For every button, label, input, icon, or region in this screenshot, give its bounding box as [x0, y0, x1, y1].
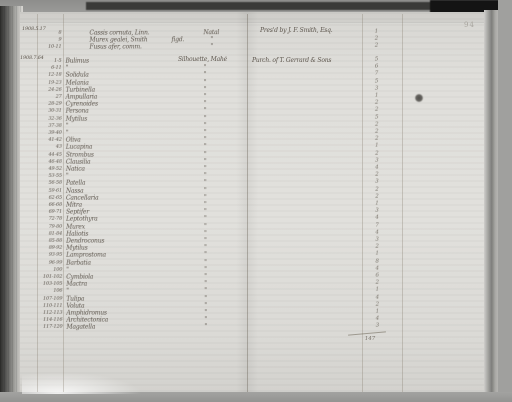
species-name: Cancellaria — [66, 194, 99, 201]
specimen-count: 2 — [362, 107, 392, 113]
specimen-count: 3 — [362, 237, 392, 243]
entry-number-range: 79-80 — [40, 223, 62, 230]
species-name: " — [66, 122, 69, 129]
species-name: Mytilus — [66, 245, 87, 252]
locality-ditto: " — [204, 216, 207, 223]
specimen-count: 1 — [362, 93, 392, 99]
species-name: Septifer — [66, 209, 89, 216]
entry-note: figd. — [171, 36, 184, 43]
specimen-count: 3 — [362, 323, 392, 329]
species-name: Dendroconus — [66, 238, 104, 245]
locality-ditto: " — [204, 237, 207, 244]
species-name: Murex gealei, Smith — [89, 37, 147, 44]
locality-ditto: " — [204, 280, 207, 287]
entry-number-range: 114-116 — [40, 317, 62, 324]
species-name: Murex — [66, 223, 85, 230]
species-name: Strombus — [66, 151, 94, 158]
specimen-count: 3 — [362, 208, 392, 214]
species-name: " — [66, 288, 69, 295]
entry-number-range: 85-88 — [40, 238, 62, 245]
locality-ditto: " — [204, 302, 207, 309]
species-name: Tulipa — [66, 295, 84, 302]
entry-number-range: 41-42 — [40, 137, 62, 144]
entry-number-range: 62-65 — [40, 194, 62, 201]
species-name: Lamprostoma — [66, 252, 106, 259]
locality-ditto: " — [204, 129, 207, 136]
species-name: Architectonica — [66, 317, 108, 324]
species-name: Voluta — [66, 302, 84, 309]
locality-ditto: " — [204, 194, 207, 201]
species-name: Persona — [66, 108, 89, 115]
scanned-register-page: 94 1908.5.17 1908.7.64 Silhouette, Mahé … — [0, 0, 512, 402]
locality-ditto: " — [204, 223, 207, 230]
locality-ditto: " — [204, 93, 207, 100]
entry-number-range: 1-5 — [39, 58, 61, 65]
specimen-count: 2 — [361, 36, 391, 42]
specimen-count: 5 — [362, 114, 392, 120]
specimen-count: 4 — [362, 165, 392, 171]
specimen-count: 3 — [362, 179, 392, 185]
locality-ditto: " — [204, 72, 207, 79]
locality-ditto: " — [204, 122, 207, 129]
specimen-count: 4 — [362, 229, 392, 235]
locality-ditto: " — [204, 230, 207, 237]
species-name: " — [66, 65, 69, 72]
species-name: Barbatia — [66, 259, 91, 266]
locality-ditto: " — [204, 244, 207, 251]
entry-number-range: 24-26 — [40, 86, 62, 93]
locality-ditto: " — [204, 252, 207, 259]
species-name: Ampullaria — [66, 94, 98, 101]
entry-number-range: 12-18 — [40, 72, 62, 79]
species-name: Lucapina — [66, 144, 92, 151]
locality-ditto: " — [204, 187, 207, 194]
entry-number-range: 93-95 — [40, 252, 62, 259]
specimen-count: 5 — [361, 57, 391, 63]
entry-number-range: 59-61 — [40, 187, 62, 194]
locality-ditto: " — [204, 201, 207, 208]
species-name: " — [66, 173, 69, 180]
entry-number-range: 28-29 — [40, 101, 62, 108]
locality-ditto: " — [204, 309, 207, 316]
specimen-count: 4 — [362, 316, 392, 322]
locality-ditto: " — [204, 151, 207, 158]
specimen-count: 7 — [362, 71, 392, 77]
specimen-count: 1 — [362, 251, 392, 257]
locality-ditto: " — [204, 266, 207, 273]
locality-ditto: " — [204, 295, 207, 302]
specimen-count: 3 — [362, 157, 392, 163]
specimen-count: 4 — [362, 215, 392, 221]
entry-number-range: 44-45 — [40, 151, 62, 158]
specimen-count: 1 — [362, 201, 392, 207]
specimen-count: 7 — [362, 222, 392, 228]
entry-number-range: 46-48 — [40, 158, 62, 165]
specimen-count: 6 — [362, 64, 392, 70]
entry-number-range: 19-23 — [40, 79, 62, 86]
locality-ditto: " — [204, 273, 207, 280]
locality-ditto: " — [204, 288, 207, 295]
species-name: Leptothyra — [66, 216, 98, 223]
locality-ditto: " — [204, 324, 207, 331]
species-name: Clausilia — [66, 158, 91, 165]
entry-number: 8 — [39, 30, 61, 37]
entry-number-range: 100 — [40, 266, 62, 273]
species-name: Patella — [66, 180, 85, 187]
species-name: Magatella — [66, 324, 95, 331]
specimen-count: 8 — [362, 258, 392, 264]
locality-ditto: " — [204, 79, 207, 86]
locality-ditto: " — [204, 180, 207, 187]
locality-ditto: " — [204, 316, 207, 323]
specimen-count: 2 — [362, 136, 392, 142]
entry-number: 10-11 — [39, 44, 61, 51]
locality-ditto: " — [204, 136, 207, 143]
specimen-count: 3 — [362, 85, 392, 91]
species-name: Bulimus — [65, 58, 88, 65]
species-name: Mactra — [66, 281, 87, 288]
entry-number-range: 72-78 — [40, 216, 62, 223]
specimen-count: 1 — [361, 29, 391, 35]
specimen-count: 2 — [362, 100, 392, 106]
species-name: Amphidromus — [66, 310, 106, 317]
specimen-count: 2 — [362, 280, 392, 286]
entry-number-range: 110-111 — [40, 302, 62, 309]
entry-number-range: 69-71 — [40, 209, 62, 216]
locality-ditto: " — [210, 44, 213, 51]
species-name: Fusus afer, comm. — [89, 44, 141, 51]
species-name: Cassis cornuta, Linn. — [89, 29, 149, 36]
entry-number-range: 32-36 — [40, 115, 62, 122]
locality-ditto: " — [204, 64, 207, 71]
entry-number-range: 53-55 — [40, 173, 62, 180]
entry-number-range: 106 — [40, 288, 62, 295]
entry-number-range: 101-102 — [40, 274, 62, 281]
specimen-count: 2 — [362, 301, 392, 307]
species-name: Turbinella — [66, 86, 95, 93]
species-name: Haliotis — [66, 230, 88, 237]
species-name: Nassa — [66, 187, 84, 194]
specimen-count: 6 — [362, 273, 392, 279]
entry-number-range: 107-109 — [40, 295, 62, 302]
species-name: Cyrenoides — [66, 101, 98, 108]
specimen-count: 2 — [362, 172, 392, 178]
entry-number-range: 66-68 — [40, 202, 62, 209]
locality-ditto: " — [204, 144, 207, 151]
locality-ditto: " — [204, 86, 207, 93]
entry-number-range: 49-52 — [40, 166, 62, 173]
entry-number-range: 39-40 — [40, 130, 62, 137]
species-name: Melania — [66, 79, 89, 86]
specimen-count: 5 — [362, 78, 392, 84]
entry-number-range: 43 — [40, 144, 62, 151]
specimen-count: 2 — [362, 121, 392, 127]
locality-ditto: " — [204, 158, 207, 165]
species-name: Cymbiola — [66, 274, 93, 281]
specimen-count: 1 — [362, 309, 392, 315]
specimen-count: 2 — [361, 43, 391, 49]
species-name: " — [66, 130, 69, 137]
entry-number-range: 37-38 — [40, 122, 62, 129]
specimen-count: 2 — [362, 186, 392, 192]
entry-number-range: 117-120 — [40, 324, 62, 331]
species-name: " — [66, 266, 69, 273]
species-name: Solidula — [66, 72, 89, 79]
locality-ditto: " — [204, 259, 207, 266]
specimen-count: 4 — [362, 294, 392, 300]
locality-ditto: " — [204, 115, 207, 122]
species-name: Oliva — [66, 137, 81, 144]
locality-ditto: " — [204, 100, 207, 107]
entry-number-range: 56-58 — [40, 180, 62, 187]
entry-number-range: 27 — [40, 94, 62, 101]
species-name: Mitra — [66, 202, 82, 209]
locality-ditto: " — [204, 108, 207, 115]
register-entries: 8Cassis cornuta, Linn.Natal19Murex geale… — [0, 0, 512, 402]
entry-number-range: 6-11 — [40, 65, 62, 72]
specimen-count: 4 — [362, 265, 392, 271]
specimen-count: 1 — [362, 143, 392, 149]
specimen-count: 2 — [362, 193, 392, 199]
species-name: Mytilus — [66, 115, 87, 122]
entry-number-range: 30-31 — [40, 108, 62, 115]
entry-number-range: 81-84 — [40, 230, 62, 237]
locality-ditto: " — [204, 208, 207, 215]
specimen-count: 2 — [362, 150, 392, 156]
entry-number: 9 — [39, 37, 61, 44]
locality-ditto: " — [204, 165, 207, 172]
entry-number-range: 96-99 — [40, 259, 62, 266]
specimen-count: 1 — [362, 287, 392, 293]
locality-ditto: " — [204, 172, 207, 179]
entry-number-range: 89-92 — [40, 245, 62, 252]
entry-number-range: 112-113 — [40, 310, 62, 317]
specimen-count: 2 — [362, 129, 392, 135]
specimen-count: 2 — [362, 244, 392, 250]
species-name: Natica — [66, 166, 85, 173]
locality: Natal — [203, 29, 219, 36]
entry-number-range: 103-105 — [40, 281, 62, 288]
locality-ditto: " — [210, 36, 213, 43]
